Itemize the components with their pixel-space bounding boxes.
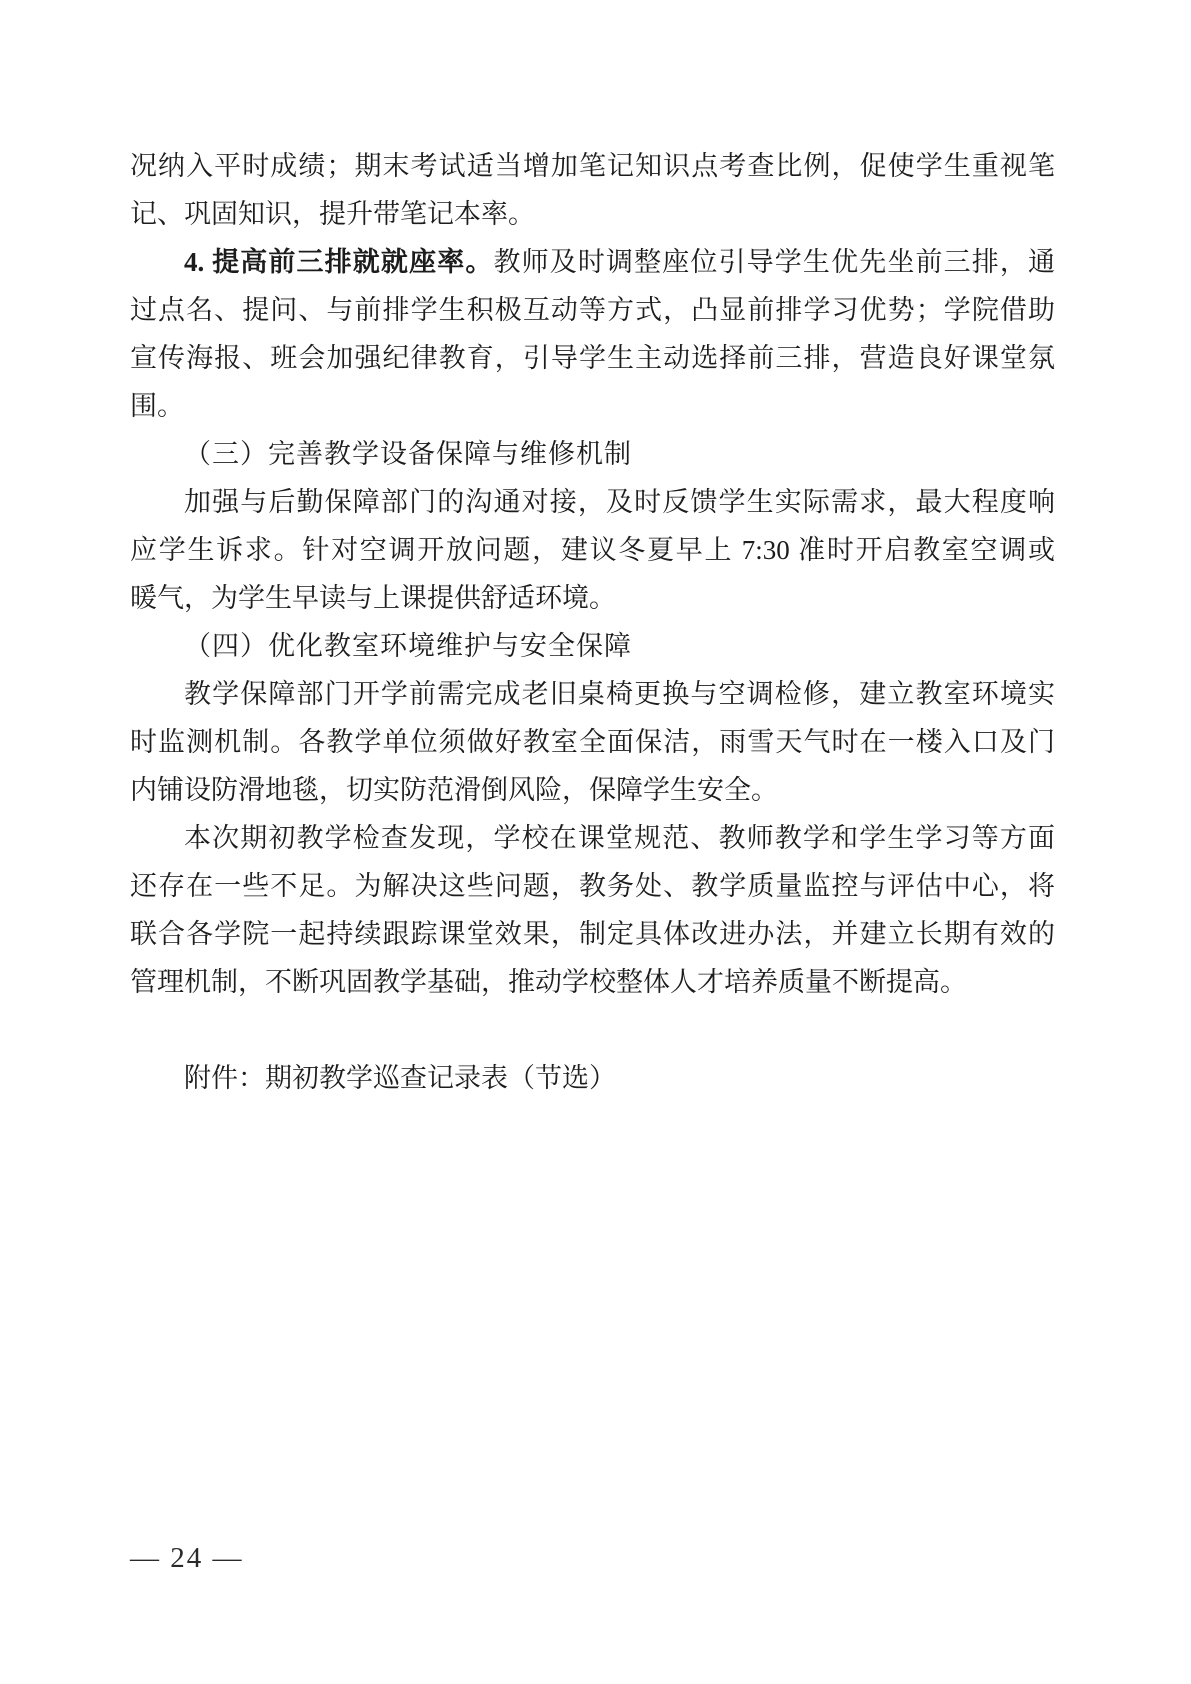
text-line: 时监测机制。各教学单位须做好教室全面保洁，雨雪天气时在一楼入口及门 [130,718,1055,766]
text-line: 内铺设防滑地毯，切实防范滑倒风险，保障学生安全。 [130,766,1055,814]
text-line: 围。 [130,382,1055,430]
section-heading-3: （三）完善教学设备保障与维修机制 [130,430,1055,478]
text-line: 况纳入平时成绩；期末考试适当增加笔记知识点考查比例，促使学生重视笔 [130,142,1055,190]
attachment-note: 附件：期初教学巡查记录表（节选） [130,1054,1055,1102]
text-line: 联合各学院一起持续跟踪课堂效果，制定具体改进办法，并建立长期有效的 [130,910,1055,958]
text-line: 管理机制，不断巩固教学基础，推动学校整体人才培养质量不断提高。 [130,958,1055,1006]
text-line: 应学生诉求。针对空调开放问题，建议冬夏早上 7:30 准时开启教室空调或 [130,526,1055,574]
text-line: 还存在一些不足。为解决这些问题，教务处、教学质量监控与评估中心，将 [130,862,1055,910]
text-line-numbered-item: 4. 提高前三排就就座率。教师及时调整座位引导学生优先坐前三排，通 [130,238,1055,286]
text-line: 记、巩固知识，提升带笔记本率。 [130,190,1055,238]
text-line: 本次期初教学检查发现，学校在课堂规范、教师教学和学生学习等方面 [130,814,1055,862]
text-line: 过点名、提问、与前排学生积极互动等方式，凸显前排学习优势；学院借助 [130,286,1055,334]
text-line: 加强与后勤保障部门的沟通对接，及时反馈学生实际需求，最大程度响 [130,478,1055,526]
page-number: — 24 — [130,1540,244,1576]
bold-item-title: 4. 提高前三排就就座率。 [184,247,493,277]
document-body: 况纳入平时成绩；期末考试适当增加笔记知识点考查比例，促使学生重视笔 记、巩固知识… [130,142,1055,1102]
document-page: 况纳入平时成绩；期末考试适当增加笔记知识点考查比例，促使学生重视笔 记、巩固知识… [0,0,1191,1684]
section-heading-4: （四）优化教室环境维护与安全保障 [130,622,1055,670]
text-line: 宣传海报、班会加强纪律教育，引导学生主动选择前三排，营造良好课堂氛 [130,334,1055,382]
item-body-text: 教师及时调整座位引导学生优先坐前三排，通 [493,247,1055,277]
text-line: 教学保障部门开学前需完成老旧桌椅更换与空调检修，建立教室环境实 [130,670,1055,718]
text-line: 暖气，为学生早读与上课提供舒适环境。 [130,574,1055,622]
